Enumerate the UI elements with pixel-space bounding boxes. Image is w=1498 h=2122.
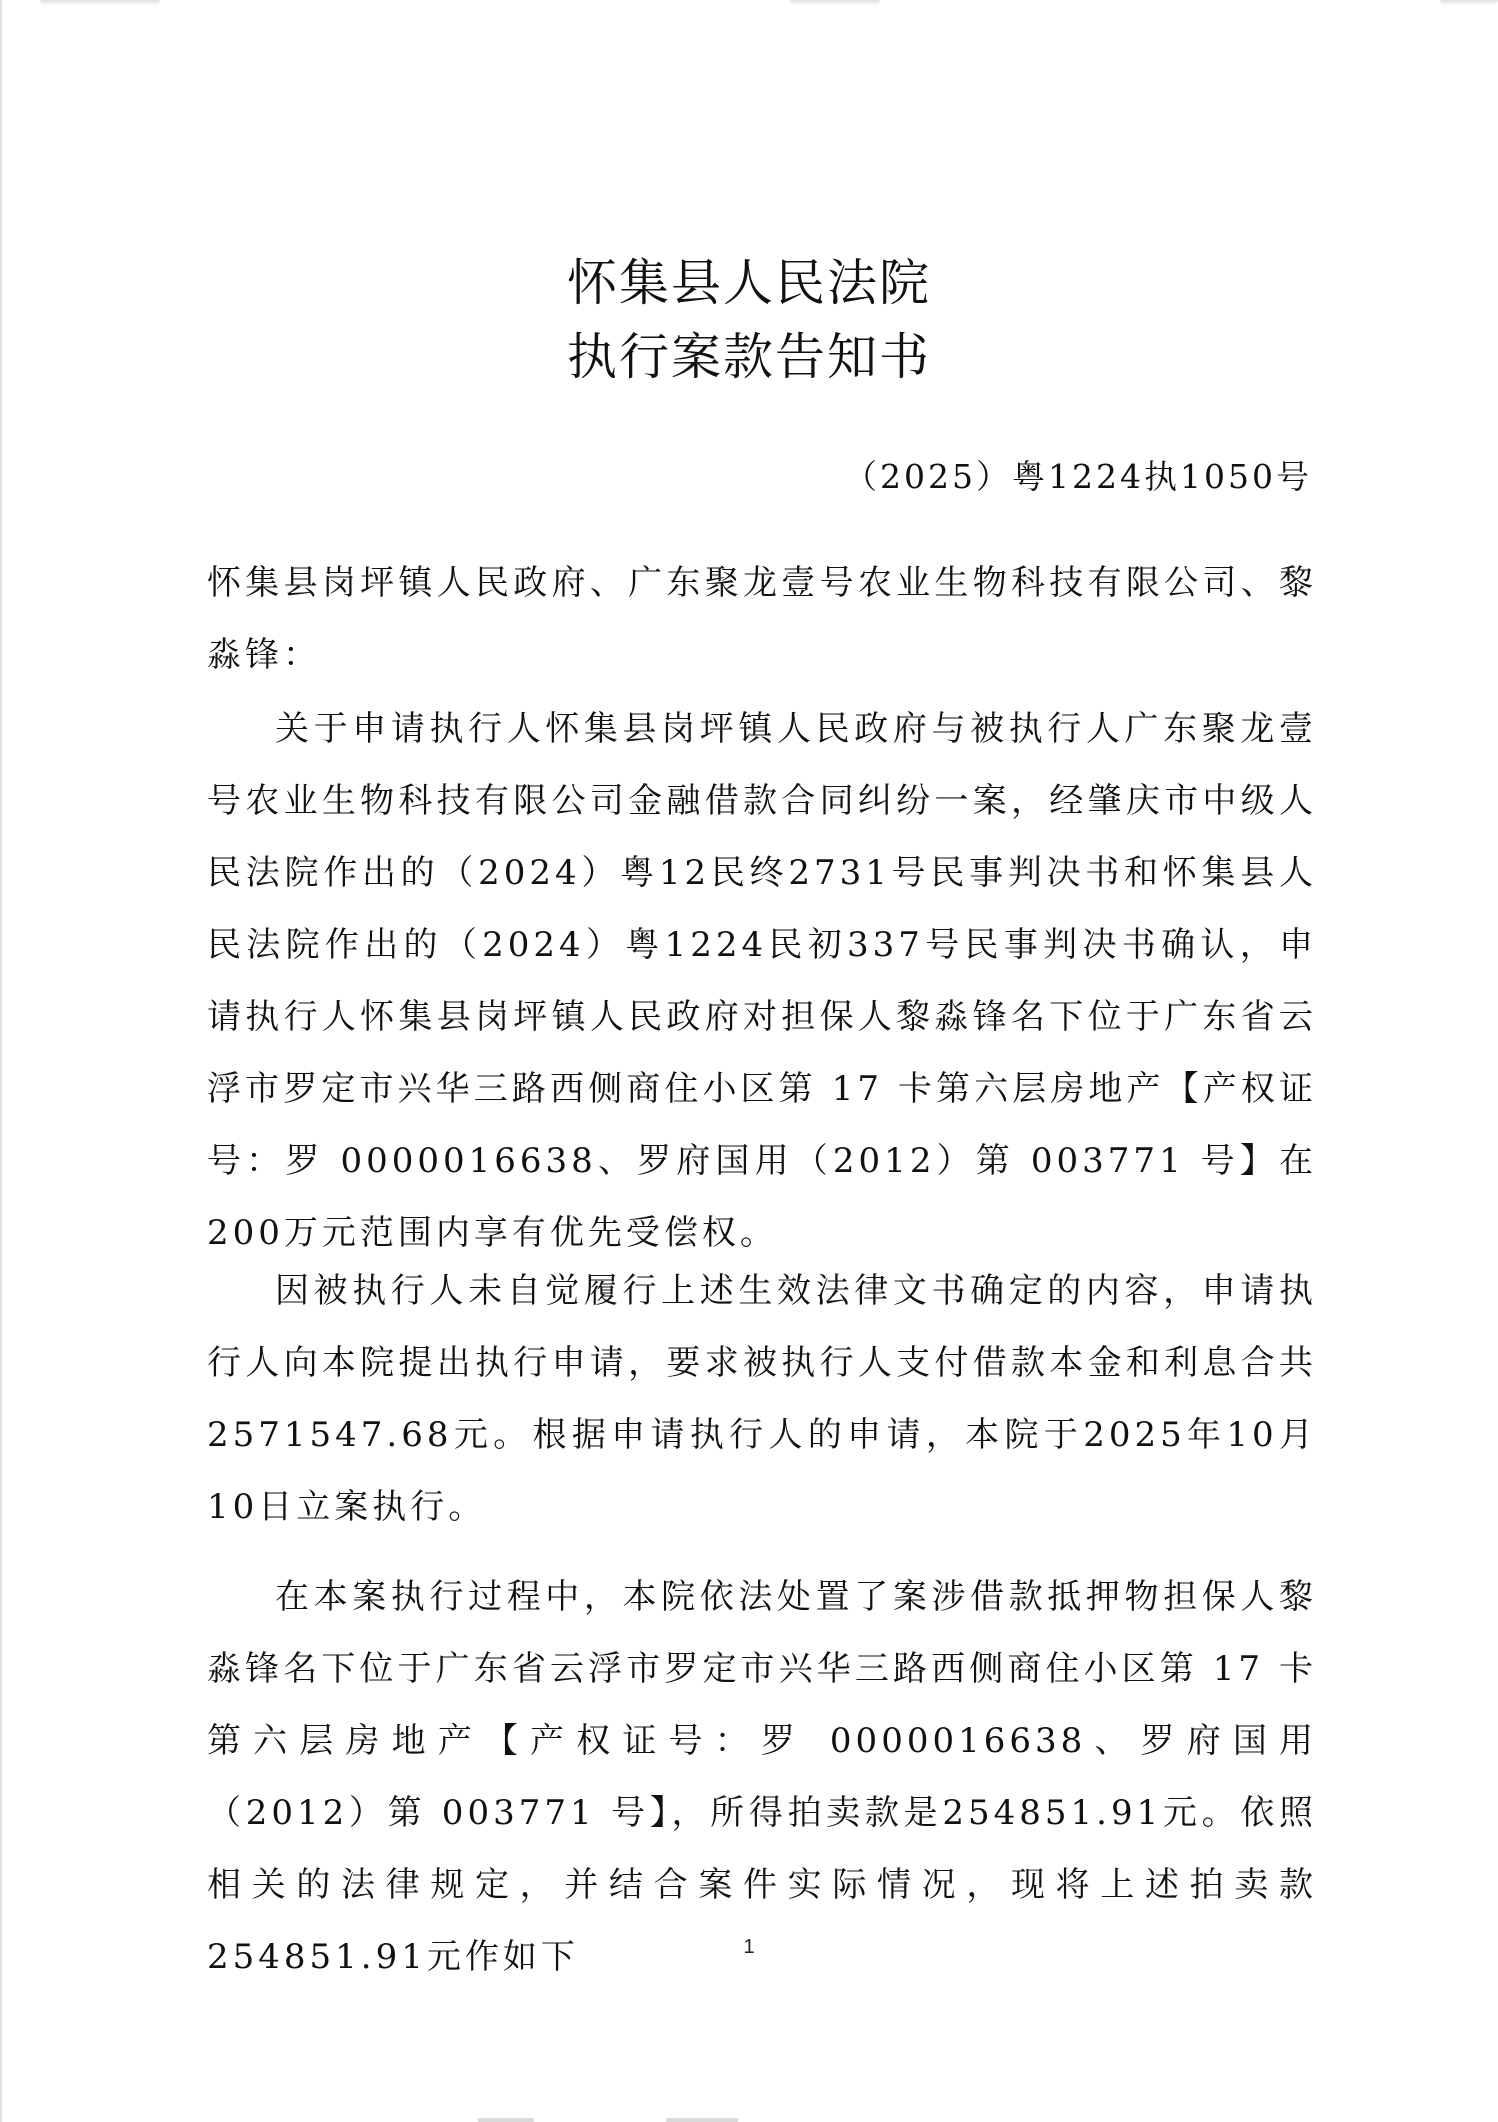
case-number: （2025）粤1224执1050号 xyxy=(844,450,1312,504)
page-number: 1 xyxy=(0,1936,1498,1959)
document-page: 怀集县人民法院 执行案款告知书 （2025）粤1224执1050号 怀集县岗坪镇… xyxy=(0,0,1498,2122)
scan-shadow xyxy=(1440,0,1498,6)
paragraph-auction-proceeds: 在本案执行过程中，本院依法处置了案涉借款抵押物担保人黎淼锋名下位于广东省云浮市罗… xyxy=(207,1561,1317,1993)
scan-shadow xyxy=(40,0,160,6)
court-name-title: 怀集县人民法院 xyxy=(0,246,1498,320)
scan-shadow xyxy=(790,0,880,6)
addressee: 怀集县岗坪镇人民政府、广东聚龙壹号农业生物科技有限公司、黎淼锋： xyxy=(207,547,1317,691)
scan-shadow xyxy=(666,2118,738,2122)
paragraph-execution-application: 因被执行人未自觉履行上述生效法律文书确定的内容，申请执行人向本院提出执行申请，要… xyxy=(207,1255,1317,1543)
paragraph-case-background: 关于申请执行人怀集县岗坪镇人民政府与被执行人广东聚龙壹号农业生物科技有限公司金融… xyxy=(207,693,1317,1269)
document-type-title: 执行案款告知书 xyxy=(0,320,1498,394)
scan-shadow xyxy=(478,2118,534,2122)
